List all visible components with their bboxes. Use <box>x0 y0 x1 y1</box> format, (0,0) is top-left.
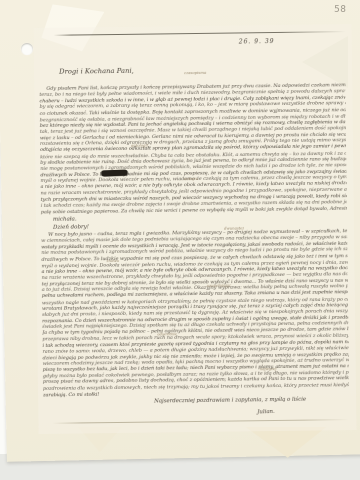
scanned-letter-page: { "scan": { "page_number": "58", "paper_… <box>0 0 360 480</box>
letter-closing: Najserdeczniej pozdrawiam i zapytania, z… <box>154 397 306 405</box>
punch-hole <box>21 43 33 55</box>
interline-note: uzupełniając <box>207 283 231 288</box>
letter-paragraph-2: W nocy było jasno – cudna, teraz mgła i … <box>41 228 349 398</box>
interline-note: czasopisma <box>184 70 206 75</box>
letter-salutation: Drogi i Kochana Pani, <box>59 67 134 76</box>
letter-sheet: 26. 9. 39 Drogi i Kochana Pani, Gdy pisa… <box>34 24 357 434</box>
interline-note: dwunastej <box>224 225 244 230</box>
page-number: 58 <box>334 5 358 16</box>
interline-note: odwrotnie <box>157 331 177 336</box>
interline-note: wstrętu <box>183 176 198 181</box>
letter-interjection: michała. <box>53 216 77 222</box>
sheet-top-edge <box>54 31 346 36</box>
letter-paragraph-1: Gdy pisałem Pani list, kończę przyszły i… <box>39 82 347 215</box>
letter-signature: Julian. <box>257 409 275 416</box>
crossed-out-word-blot <box>101 169 127 175</box>
interline-note: znowu <box>106 258 118 263</box>
letter-second-greeting: Dzień dobry! <box>53 224 89 230</box>
interline-note: antologii <box>131 143 148 148</box>
letter-date: 26. 9. 39 <box>239 38 275 45</box>
sheet-bottom-edge <box>52 419 348 424</box>
interline-note: najwyżej <box>260 366 277 371</box>
